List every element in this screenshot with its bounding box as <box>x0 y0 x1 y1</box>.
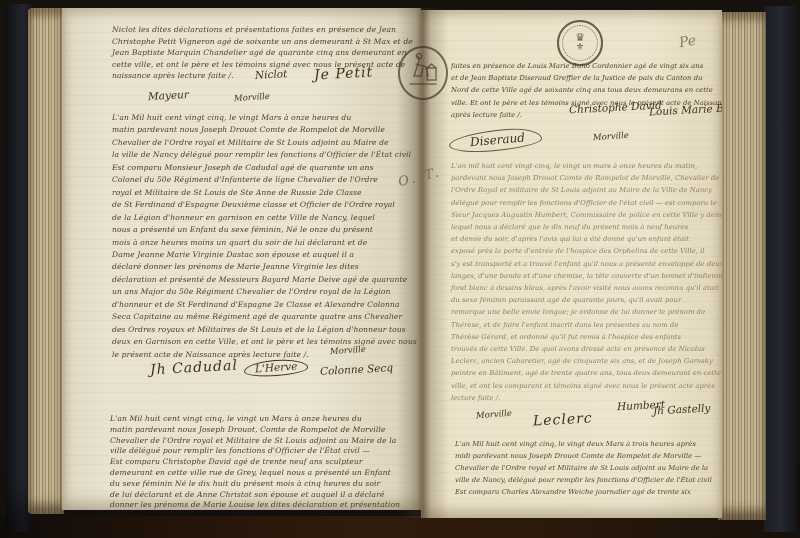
handwritten-line: nous a présenté un Enfant du sexe fémini… <box>112 224 417 236</box>
handwritten-line: du sexe féminin Né le dix huit du présen… <box>110 479 400 490</box>
handwritten-line: L'an Mil huit cent vingt cinq, le vingt … <box>455 438 712 450</box>
seated-figure-seal-stamp-icon <box>398 46 448 100</box>
handwritten-line: peintre en Bâtiment, agé de trente quatr… <box>451 367 722 379</box>
handwritten-line: l'Ordre Royal et militaire de St Louis a… <box>451 184 722 196</box>
handwritten-line: matin pardevant nous Joseph Drouot Comte… <box>112 124 417 136</box>
handwritten-line: Christophe Petit Vigneron agé de soixant… <box>112 36 413 48</box>
handwritten-line: lecture faite /. <box>451 392 722 404</box>
handwritten-line: L'an Mil huit cent vingt cinq, le vingt … <box>110 414 400 425</box>
handwritten-line: déclaré donner les prénoms de Marie Jean… <box>112 261 417 273</box>
right-page: ♛ ⚜ Pe faites en présence de Louis Marie… <box>421 10 722 518</box>
handwritten-line: matin pardevant nous Joseph Drouot, Comt… <box>110 425 400 436</box>
handwritten-line: Sieur Jacques Augustin Humbert, Commissa… <box>451 209 722 221</box>
handwritten-line: fond blanc à dessins bleus, après l'avoi… <box>451 282 722 294</box>
handwritten-line: déclaration et présenté de Messieurs Bay… <box>112 274 417 286</box>
handwritten-line: Colonel du 50e Régiment d'Infanterie de … <box>112 174 417 186</box>
handwritten-line: ville de Nancy, délégué pour remplir les… <box>455 474 712 486</box>
handwritten-line: Niclot les dites déclarations et présent… <box>112 24 413 36</box>
handwritten-line: langes, d'une bande et d'une chemise, la… <box>451 270 722 282</box>
handwritten-line: Nord de cette Ville agé de soixante cinq… <box>451 84 722 96</box>
handwritten-line: Est comparu Charles Alexandre Weiche jou… <box>455 486 712 498</box>
handwritten-line: ville, et ont les comparant et témoins s… <box>451 380 722 392</box>
record-3-birth-act-text: L'an Mil huit cent vingt cinq, le vingt … <box>110 414 400 510</box>
handwritten-line: Seca Capitaine au même Régiment agé de q… <box>112 311 417 323</box>
page-stack-left-fore-edge <box>28 8 64 514</box>
signature-cadudal: Jh Cadudal <box>150 358 239 379</box>
handwritten-line: remarque une belle envie longue; je ordo… <box>451 306 722 318</box>
handwritten-line: Thérèse Gérard, et ordonné qu'il fut rem… <box>451 331 722 343</box>
handwritten-line: du sexe féminin paraissant agé de quaran… <box>451 294 722 306</box>
signature-morville-1: Morville <box>234 92 270 104</box>
handwritten-line: délégué pour remplir les fonctions d'Off… <box>451 197 722 209</box>
handwritten-line: mois à onze heures moins un quart du soi… <box>112 237 417 249</box>
handwritten-line: et demie du soir, d'après l'avis qui lui… <box>451 233 722 245</box>
handwritten-line: Thérèse, et de faire l'enfant inscrit da… <box>451 319 722 331</box>
handwritten-line: deux en Garnison en cette Ville, et ont … <box>112 336 417 348</box>
handwritten-line: un ans Major du 50e Régiment Chevalier d… <box>112 286 417 298</box>
signature-diseraud-flourish: Diseraud <box>448 126 543 155</box>
handwritten-line: Leclerc, ancien Cabaretier, agé de cinqu… <box>451 355 722 367</box>
stamp-inner-ring <box>562 25 598 61</box>
handwritten-line: L'an mil huit cent vingt cinq, le vingt … <box>451 160 722 172</box>
signature-leclerc: Leclerc <box>533 410 593 429</box>
handwritten-line: Est comparu Christophe David agé de tren… <box>110 457 400 468</box>
pencil-annotation: Pe <box>678 33 698 52</box>
handwritten-line: Chevalier de l'Ordre royal et Militaire … <box>110 436 400 447</box>
handwritten-line: d'honneur et de St Ferdinand d'Espagne 2… <box>112 299 417 311</box>
record-4-foundling-act-text: L'an mil huit cent vingt cinq, le vingt … <box>451 160 722 404</box>
page-stack-right-fore-edge <box>718 12 766 520</box>
handwritten-line: faites en présence de Louis Marie Buno C… <box>451 60 722 72</box>
handwritten-line: de la Légion d'honneur en garnison en ce… <box>112 212 417 224</box>
handwritten-line: trouvés de cette Ville. De quoi avons dr… <box>451 343 722 355</box>
handwritten-line: Chevalier de l'Ordre royal et Militaire … <box>112 137 417 149</box>
signature-petit: Je Petit <box>314 64 374 83</box>
signature-mayeur: Mayeur <box>148 89 190 103</box>
handwritten-line: midi pardevant nous Joseph Drouot Comte … <box>455 450 712 462</box>
handwritten-line: Jean Baptiste Marquin Chandelier agé de … <box>112 47 413 59</box>
handwritten-line: Dame Jeanne Marie Virginie Dastac son ép… <box>112 249 417 261</box>
handwritten-line: ville délégué pour remplir les fonctions… <box>110 446 400 457</box>
handwritten-line: Est comparu Monsieur Joseph de Cadudal a… <box>112 162 417 174</box>
handwritten-line: des Ordres royaux et Militaires de St Lo… <box>112 324 417 336</box>
handwritten-line: le présent acte de Naissance après lectu… <box>112 349 417 361</box>
signature-morville-3: Morville <box>593 131 629 143</box>
signature-colonne-secq: Colonne Secq <box>320 362 394 378</box>
book-binding-bottom <box>0 516 800 538</box>
handwritten-line: et de Jean Baptiste Diseraud Greffier de… <box>451 72 722 84</box>
signature-gastelly: Jh Gastelly <box>653 403 711 418</box>
record-2-birth-act-text: L'an Mil huit cent vingt cinq, le vingt … <box>112 112 417 361</box>
handwritten-line: s'y est transporté et a trouvé l'enfant … <box>451 258 722 270</box>
handwritten-line: L'an Mil huit cent vingt cinq, le vingt … <box>112 112 417 124</box>
manuscript-register-photo: Niclot les dites déclarations et présent… <box>0 0 800 538</box>
handwritten-line: la ville de Nancy délégué pour remplir l… <box>112 149 417 161</box>
handwritten-line: pardevant nous Joseph Drouot Comte de Ro… <box>451 172 722 184</box>
handwritten-line: de St Ferdinand d'Espagne Deuxième class… <box>112 199 417 211</box>
record-5-birth-act-text: L'an Mil huit cent vingt cinq, le vingt … <box>455 438 712 498</box>
left-page: Niclot les dites déclarations et présent… <box>62 8 421 510</box>
handwritten-line: de lui déclarant et de Anne Christot son… <box>110 490 400 501</box>
book-cover-right-edge <box>764 6 796 532</box>
handwritten-line: royal et Militaire de St Louis de Ste An… <box>112 187 417 199</box>
handwritten-line: lequel nous a déclaré que le dix neuf du… <box>451 221 722 233</box>
signature-niclot: Niclot <box>255 68 288 82</box>
handwritten-line: Chevalier de l'Ordre royal et Militaire … <box>455 462 712 474</box>
handwritten-line: exposé près la porte d'entrée de l'hospi… <box>451 245 722 257</box>
signature-morville-4: Morville <box>476 409 512 421</box>
handwritten-line: demeurant en cette ville rue de Grey, le… <box>110 468 400 479</box>
handwritten-line: donner les prénoms de Marie Louise les d… <box>110 500 400 510</box>
